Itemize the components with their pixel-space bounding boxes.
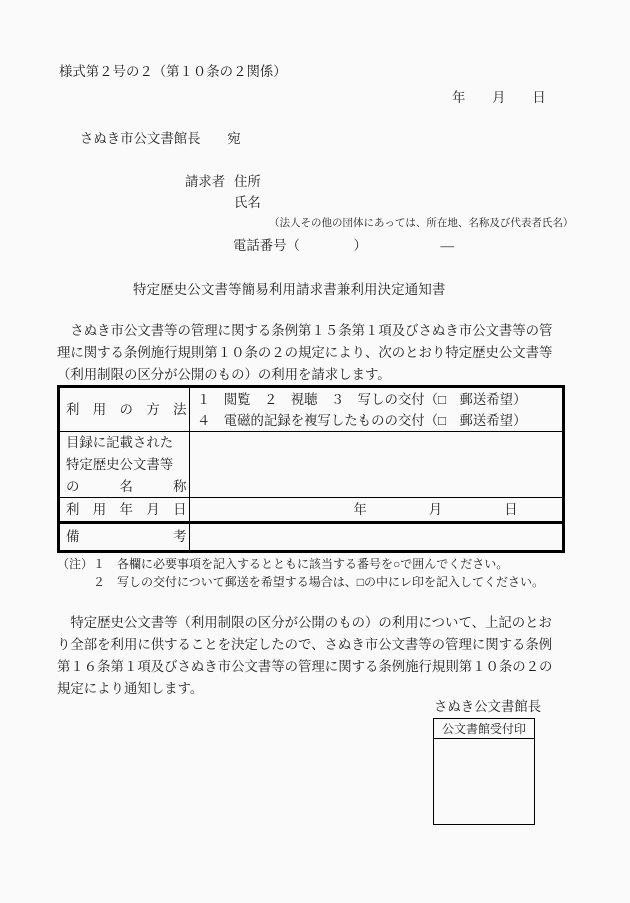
document-page: 様式第２号の２（第１０条の２関係） 年 月 日 さぬき市公文書館長 宛 請求者 … [0, 0, 630, 903]
receipt-stamp-header: 公文書館受付印 [434, 719, 534, 739]
requester-label: 請求者 [185, 173, 225, 191]
request-paragraph: さぬき市公文書等の管理に関する条例第１５条第１項及びさぬき市公文書等の管 理に関… [57, 320, 572, 386]
request-table: 利 用 の 方 法 １ 閲覧 ２ 視聴 ３ 写しの交付（□ 郵送希望） ４ 電磁… [57, 385, 565, 553]
table-row-document-name: 目録に記載された 特定歴史公文書等 の 名 称 [60, 431, 562, 497]
table-row-usage-date: 利 用 年 月 日 年 月 日 [60, 497, 562, 521]
row-label-usage-method: 利 用 の 方 法 [60, 388, 190, 431]
director-signature: さぬき公文書館長 [434, 698, 541, 716]
phone-number-line: 電話番号（ ） ― [233, 237, 454, 255]
row-value-usage-method: １ 閲覧 ２ 視聴 ３ 写しの交付（□ 郵送希望） ４ 電磁的記録を複写したもの… [190, 388, 562, 431]
address-label: 住所 [234, 173, 261, 191]
month-label: 月 [429, 499, 442, 520]
row-value-remarks [190, 524, 562, 550]
addressee-line: さぬき市公文書館長 宛 [80, 130, 241, 148]
decision-paragraph: 特定歴史公文書等（利用制限の区分が公開のもの）の利用について、上記のとお り全部… [57, 612, 572, 700]
row-label-document-name: 目録に記載された 特定歴史公文書等 の 名 称 [60, 432, 190, 497]
date-line: 年 月 日 [452, 89, 546, 107]
table-row-usage-method: 利 用 の 方 法 １ 閲覧 ２ 視聴 ３ 写しの交付（□ 郵送希望） ４ 電磁… [60, 388, 562, 431]
corporate-note: （法人その他の団体にあっては、所在地、名称及び代表者氏名） [269, 217, 573, 231]
table-row-remarks: 備 考 [60, 521, 562, 550]
footnotes: （注）１ 各欄に必要事項を記入するとともに該当する番号を○で囲んでください。 ２… [57, 555, 544, 591]
row-value-usage-date: 年 月 日 [190, 498, 562, 521]
year-label: 年 [353, 499, 366, 520]
name-label: 氏名 [234, 194, 261, 212]
row-label-usage-date: 利 用 年 月 日 [60, 498, 190, 521]
row-value-document-name [190, 432, 562, 497]
day-label: 日 [504, 499, 517, 520]
document-title: 特定歴史公文書等簡易利用請求書兼利用決定通知書 [133, 280, 446, 300]
receipt-stamp-box: 公文書館受付印 [433, 718, 535, 825]
row-label-remarks: 備 考 [60, 524, 190, 550]
form-number: 様式第２号の２（第１０条の２関係） [59, 63, 287, 81]
